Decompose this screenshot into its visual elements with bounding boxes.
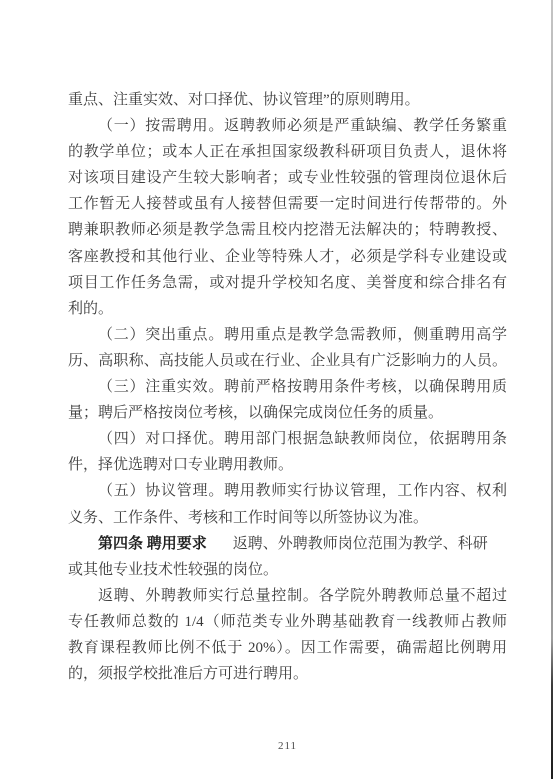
- document-page: 重点、注重实效、对口择优、协议管理”的原则聘用。（一）按需聘用。返聘教师必须是严…: [0, 0, 554, 783]
- text-line: 利的。: [68, 296, 507, 322]
- text-segment: 客座教授和其他行业、企业等特殊人才，必须是学科专业建设或: [68, 249, 507, 265]
- text-segment: 利的。: [68, 301, 113, 317]
- text-segment: 返聘、外聘教师实行总量控制。各学院外聘教师总量不超过: [98, 588, 507, 604]
- text-segment: 的教学单位；或本人正在承担国家级教科研项目负责人，退休将: [68, 144, 507, 160]
- text-segment: 聘兼职教师必须是教学急需且校内挖潜无法解决的；特聘教授、: [68, 222, 507, 238]
- text-line: 义务、工作条件、考核和工作时间等以所签协议为准。: [68, 505, 507, 531]
- text-line: （四）对口择优。聘用部门根据急缺教师岗位，依据聘用条: [68, 426, 507, 452]
- text-segment: （三）注重实效。聘前严格按聘用条件考核，以确保聘用质: [98, 379, 507, 395]
- text-segment: 的，须报学校批准后方可进行聘用。: [68, 666, 308, 682]
- heading-gap: [207, 547, 233, 548]
- text-line: （五）协议管理。聘用教师实行协议管理，工作内容、权利: [68, 478, 507, 504]
- text-line: 项目工作任务急需，或对提升学校知名度、美誉度和综合排名有: [68, 270, 507, 296]
- text-line: 的教学单位；或本人正在承担国家级教科研项目负责人，退休将: [68, 139, 507, 165]
- text-segment: 义务、工作条件、考核和工作时间等以所签协议为准。: [68, 510, 428, 526]
- text-segment: 返聘、外聘教师岗位范围为教学、科研: [233, 536, 488, 552]
- text-line: 历、高职称、高技能人员或在行业、企业具有广泛影响力的人员。: [68, 348, 507, 374]
- text-segment: 工作暂无人接替或虽有人接替但需要一定时间进行传帮带的。外: [68, 196, 507, 212]
- text-segment: 件，择优选聘对口专业聘用教师。: [68, 457, 293, 473]
- text-segment: （一）按需聘用。返聘教师必须是严重缺编、教学任务繁重: [98, 118, 507, 134]
- text-segment: 重点、注重实效、对口择优、协议管理”的原则聘用。: [68, 92, 420, 108]
- text-line: 客座教授和其他行业、企业等特殊人才，必须是学科专业建设或: [68, 244, 507, 270]
- text-line: 对该项目建设产生较大影响者；或专业性较强的管理岗位退休后: [68, 165, 507, 191]
- page-number: 211: [68, 740, 507, 752]
- text-line: 或其他专业技术性较强的岗位。: [68, 557, 507, 583]
- text-segment: 专任教师总数的 1/4（师范类专业外聘基础教育一线教师占教师: [68, 614, 507, 630]
- text-line: （三）注重实效。聘前严格按聘用条件考核，以确保聘用质: [68, 374, 507, 400]
- text-segment: 对该项目建设产生较大影响者；或专业性较强的管理岗位退休后: [68, 170, 507, 186]
- text-line: 件，择优选聘对口专业聘用教师。: [68, 452, 507, 478]
- text-line: （一）按需聘用。返聘教师必须是严重缺编、教学任务繁重: [68, 113, 507, 139]
- text-line: 的，须报学校批准后方可进行聘用。: [68, 661, 507, 687]
- text-segment: （五）协议管理。聘用教师实行协议管理，工作内容、权利: [98, 483, 507, 499]
- text-line: 返聘、外聘教师实行总量控制。各学院外聘教师总量不超过: [68, 583, 507, 609]
- text-line: 聘兼职教师必须是教学急需且校内挖潜无法解决的；特聘教授、: [68, 217, 507, 243]
- text-line: 重点、注重实效、对口择优、协议管理”的原则聘用。: [68, 87, 507, 113]
- text-line: （二）突出重点。聘用重点是教学急需教师，侧重聘用高学: [68, 322, 507, 348]
- text-segment: （四）对口择优。聘用部门根据急缺教师岗位，依据聘用条: [98, 431, 507, 447]
- text-segment: 历、高职称、高技能人员或在行业、企业具有广泛影响力的人员。: [68, 353, 507, 369]
- text-segment: 量；聘后严格按岗位考核，以确保完成岗位任务的质量。: [68, 405, 443, 421]
- text-segment: （二）突出重点。聘用重点是教学急需教师，侧重聘用高学: [98, 327, 507, 343]
- text-line: 第四条 聘用要求返聘、外聘教师岗位范围为教学、科研: [68, 531, 507, 557]
- text-line: 教育课程教师比例不低于 20%）。因工作需要，确需超比例聘用: [68, 635, 507, 661]
- article-heading: 第四条 聘用要求: [98, 536, 207, 552]
- text-segment: 教育课程教师比例不低于 20%）。因工作需要，确需超比例聘用: [68, 640, 507, 656]
- text-segment: 或其他专业技术性较强的岗位。: [68, 562, 278, 578]
- document-body: 重点、注重实效、对口择优、协议管理”的原则聘用。（一）按需聘用。返聘教师必须是严…: [68, 87, 507, 687]
- page-edge-shadow: [551, 0, 553, 779]
- text-segment: 项目工作任务急需，或对提升学校知名度、美誉度和综合排名有: [68, 275, 507, 291]
- text-line: 量；聘后严格按岗位考核，以确保完成岗位任务的质量。: [68, 400, 507, 426]
- text-line: 工作暂无人接替或虽有人接替但需要一定时间进行传帮带的。外: [68, 191, 507, 217]
- text-line: 专任教师总数的 1/4（师范类专业外聘基础教育一线教师占教师: [68, 609, 507, 635]
